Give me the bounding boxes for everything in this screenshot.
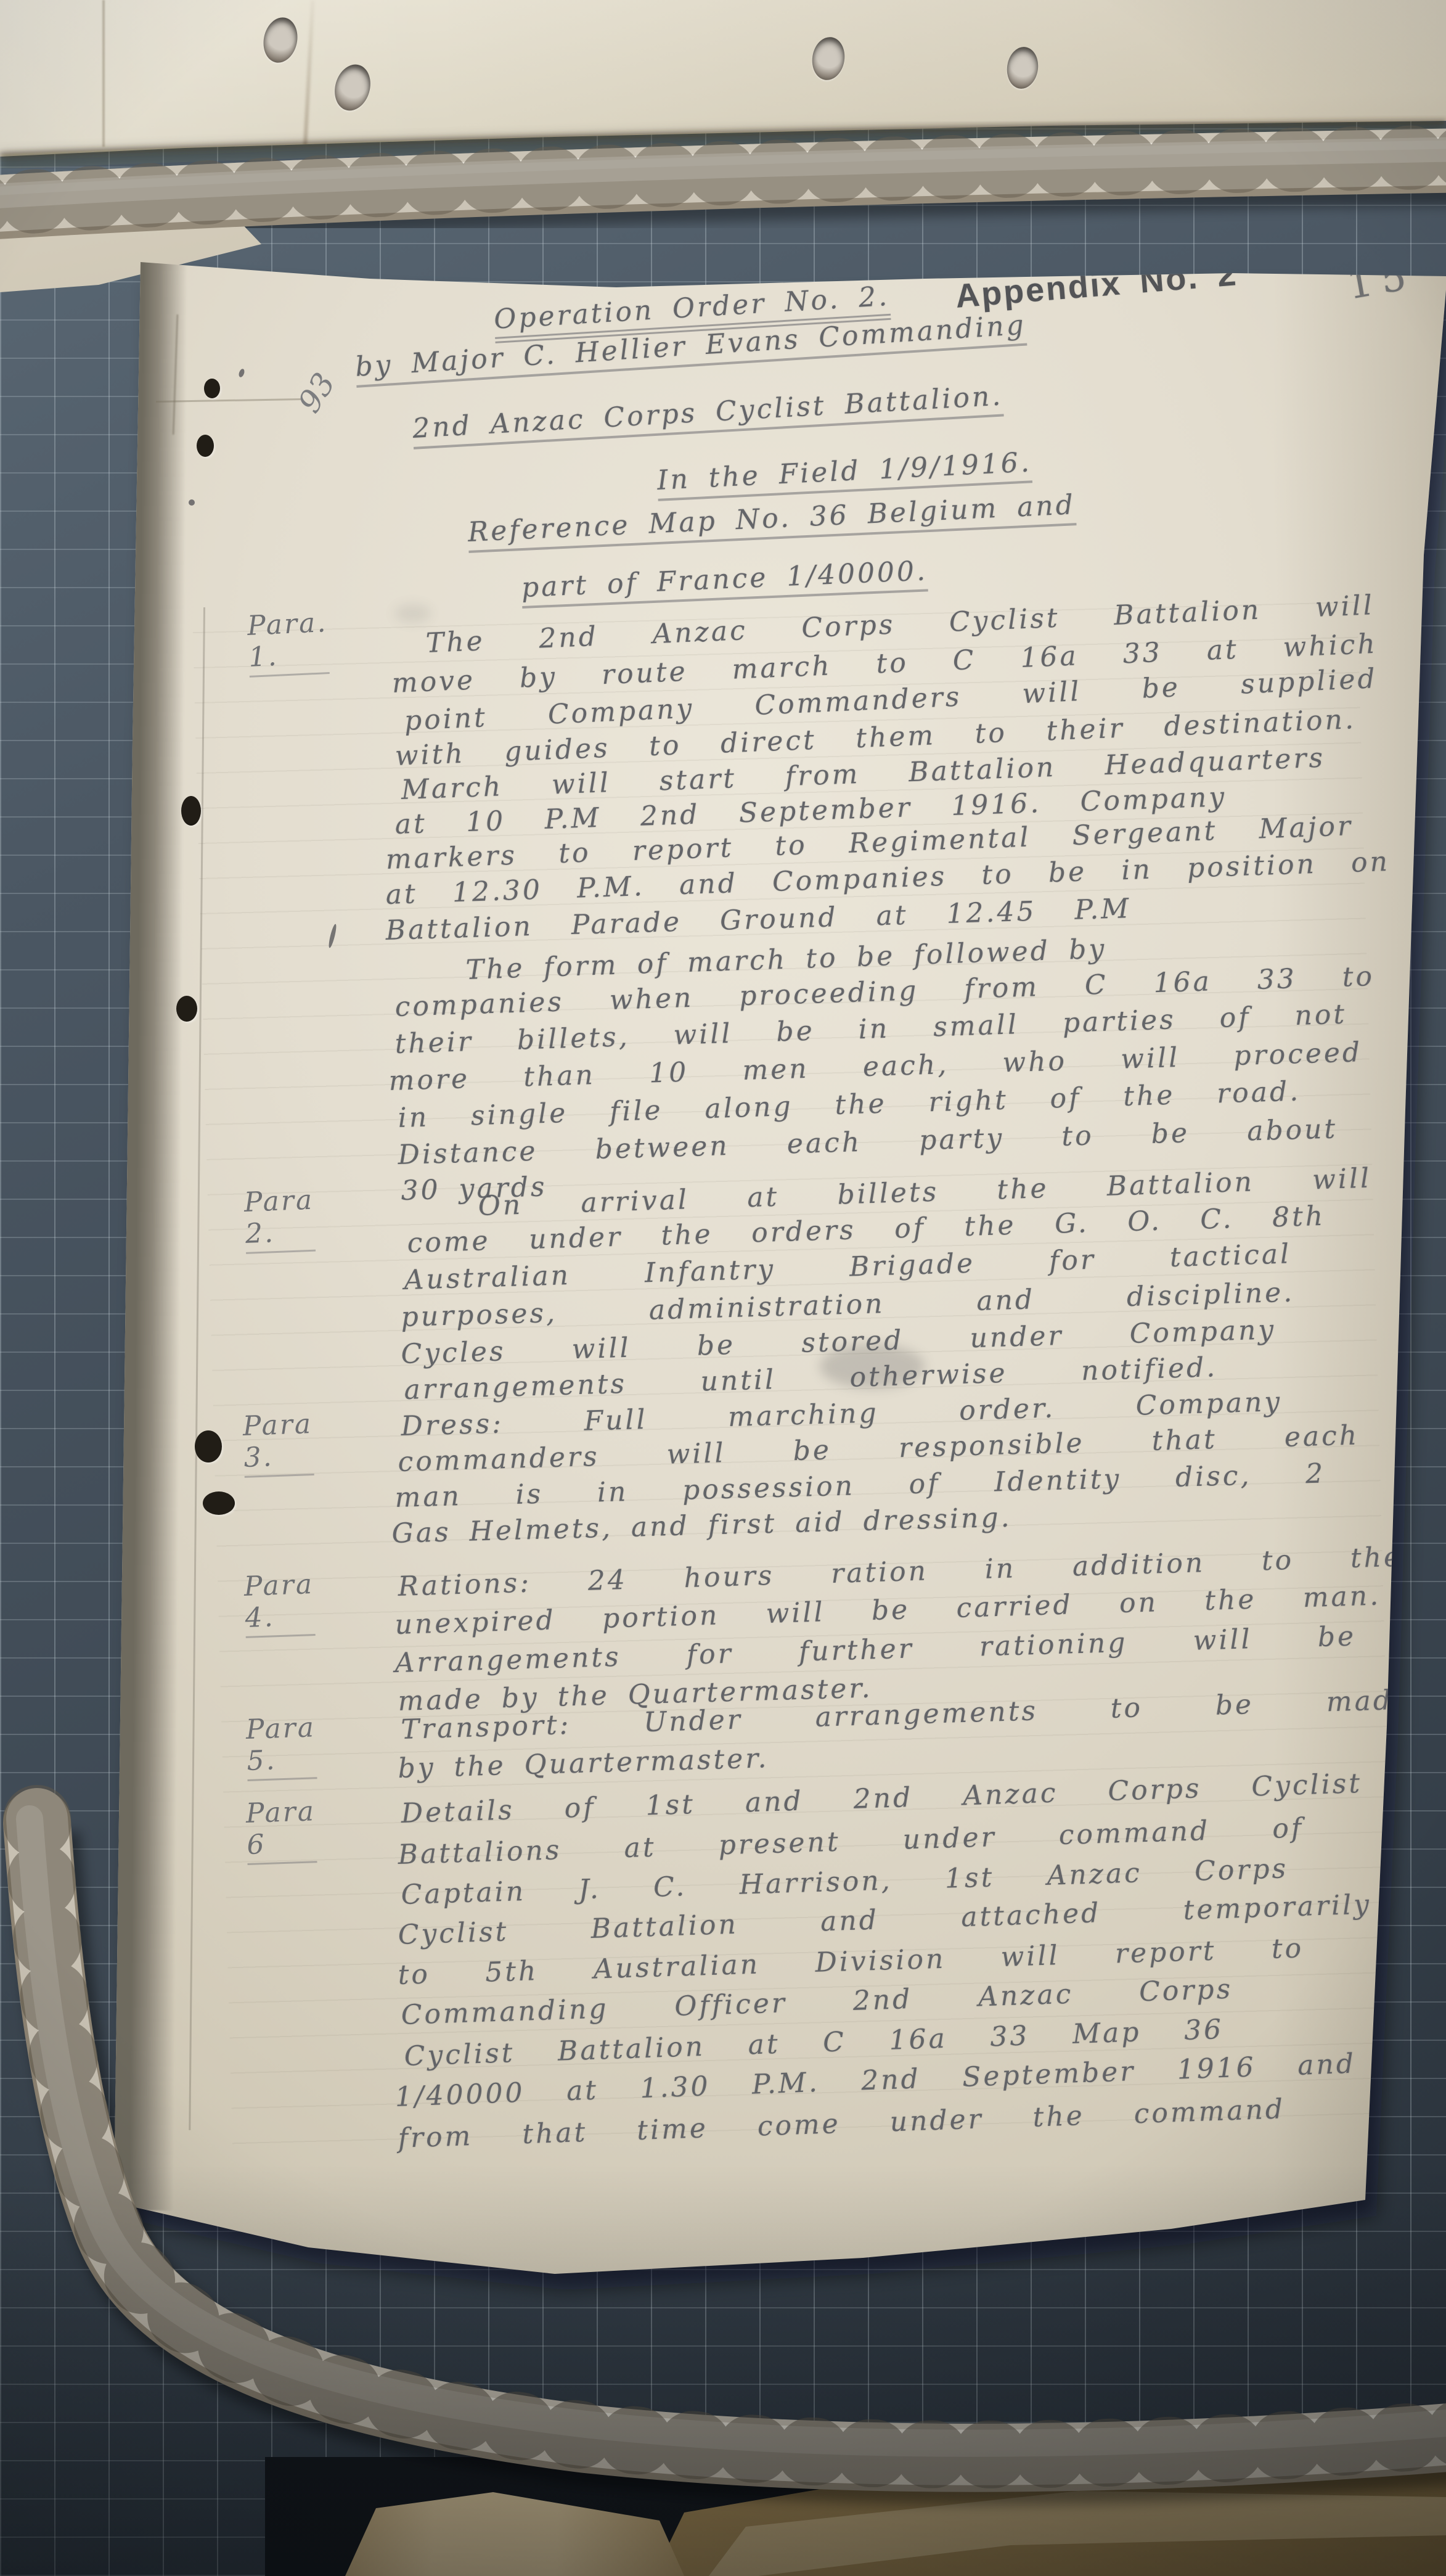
cord-layer [0,0,1446,2576]
archive-photo-scene: Operation Order No. 2. Appendix No. 2 15… [0,0,1446,2576]
document-weight-cord-bottom [30,1819,1446,2458]
